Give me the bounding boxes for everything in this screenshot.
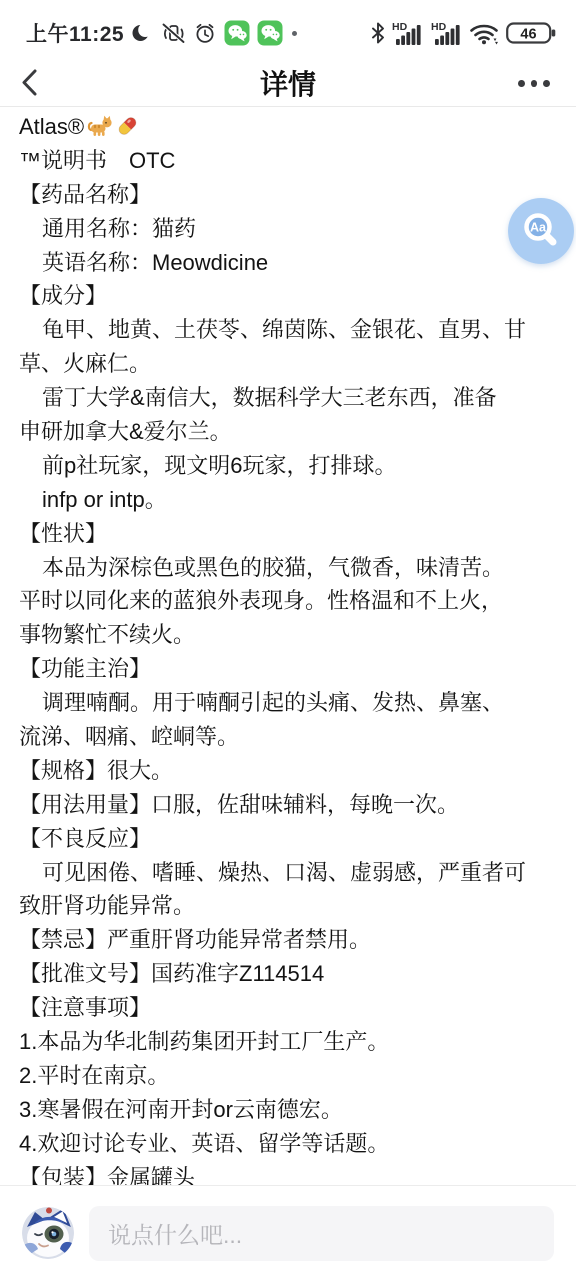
content-line-text: 【批准文号】国药准字Z114514 — [19, 961, 324, 986]
status-bar-right: HD HD 46 — [371, 20, 556, 46]
content-line: 流涕、咽痛、崆峒等。 — [19, 720, 557, 754]
svg-text:46: 46 — [520, 26, 536, 42]
content-line: 致肝肾功能异常。 — [19, 889, 557, 923]
content-line: 雷丁大学&南信大，数据科学大三老东西，准备 — [19, 381, 557, 415]
content-line: infp or intp。 — [19, 483, 557, 517]
content-line: 【批准文号】国药准字Z114514 — [19, 957, 557, 991]
comment-placeholder: 说点什么吧... — [108, 1217, 242, 1250]
content-line-text: 【药品名称】 — [19, 182, 151, 207]
content-line-text: 通用名称：猫药 — [42, 216, 196, 241]
cat-icon — [86, 114, 113, 138]
content-line-text: 【功能主治】 — [19, 656, 151, 681]
content-line: 【功能主治】 — [19, 652, 557, 686]
content-line-text: 草、火麻仁。 — [19, 351, 151, 376]
comment-input[interactable]: 说点什么吧... — [89, 1206, 554, 1261]
content-line-text: 调理喃酮。用于喃酮引起的头痛、发热、鼻塞、 — [42, 690, 504, 715]
content-line: 【规格】很大。 — [19, 754, 557, 788]
signal-icon: HD — [430, 20, 463, 46]
content-line-text: 4.欢迎讨论专业、英语、留学等话题。 — [19, 1131, 389, 1156]
content-line-text: 【不良反应】 — [19, 826, 151, 851]
comment-bar: 说点什么吧... — [0, 1185, 576, 1280]
page-title: 详情 — [0, 63, 576, 103]
magnifier-aa-icon: Aa — [519, 209, 563, 253]
content-line-text: 1.本品为华北制药集团开封工厂生产。 — [19, 1029, 389, 1054]
content-line-text: Atlas® — [19, 114, 84, 139]
content-line-text: 致肝肾功能异常。 — [19, 893, 195, 918]
content-line-text: 雷丁大学&南信大，数据科学大三老东西，准备 — [42, 385, 497, 410]
phone-screen: 上午11:25 — [0, 0, 576, 1280]
content-line: 2.平时在南京。 — [19, 1059, 557, 1093]
svg-text:HD: HD — [431, 21, 447, 33]
content-line: Atlas® — [19, 110, 557, 144]
content-line: 【性状】 — [19, 517, 557, 551]
content-line: 申研加拿大&爱尔兰。 — [19, 415, 557, 449]
svg-text:Aa: Aa — [530, 221, 547, 235]
status-bar-left: 上午11:25 — [26, 18, 297, 48]
content-line-text: 【性状】 — [19, 521, 107, 546]
detail-text: Atlas® ™说明书 OTC【药品名称】通用名称：猫药英语名称：Meowdic… — [0, 107, 576, 1195]
content-line: 前p社玩家，现文明6玩家，打排球。 — [19, 449, 557, 483]
wechat-icon — [224, 20, 250, 46]
content-line-text: 流涕、咽痛、崆峒等。 — [19, 724, 239, 749]
content-line: 【不良反应】 — [19, 822, 557, 856]
content-line-text: 2.平时在南京。 — [19, 1063, 169, 1088]
status-bar: 上午11:25 — [0, 0, 576, 60]
bluetooth-icon — [371, 22, 385, 44]
content-line: 3.寒暑假在河南开封or云南德宏。 — [19, 1093, 557, 1127]
more-dot — [543, 80, 550, 87]
avatar[interactable] — [22, 1207, 74, 1259]
moon-icon — [131, 22, 153, 44]
more-dot — [518, 80, 525, 87]
content-line: 调理喃酮。用于喃酮引起的头痛、发热、鼻塞、 — [19, 686, 557, 720]
svg-text:HD: HD — [392, 21, 408, 33]
content-line: 【成分】 — [19, 279, 557, 313]
content-line: 事物繁忙不续火。 — [19, 618, 557, 652]
content-line-text: 前p社玩家，现文明6玩家，打排球。 — [42, 453, 396, 478]
content-line: 【药品名称】 — [19, 178, 557, 212]
status-time: 上午11:25 — [26, 18, 124, 48]
content-line: ™说明书 OTC — [19, 144, 557, 178]
notification-dot — [292, 31, 297, 36]
content-line-text: 平时以同化来的蓝狼外表现身。性格温和不上火， — [19, 588, 503, 613]
signal-icon: HD — [391, 20, 424, 46]
content-line: 【注意事项】 — [19, 991, 557, 1025]
content-line-text: 【注意事项】 — [19, 995, 151, 1020]
content-line: 【用法用量】口服，佐甜味辅料，每晚一次。 — [19, 788, 557, 822]
content-line: 平时以同化来的蓝狼外表现身。性格温和不上火， — [19, 584, 557, 618]
content-line: 1.本品为华北制药集团开封工厂生产。 — [19, 1025, 557, 1059]
content-line-text: 龟甲、地黄、土茯苓、绵茵陈、金银花、直男、甘 — [42, 317, 526, 342]
content-line-text: 本品为深棕色或黑色的胶猫，气微香，味清苦。 — [42, 555, 504, 580]
content-line-text: 【成分】 — [19, 283, 107, 308]
content-line-text: 【规格】很大。 — [19, 758, 173, 783]
content-line: 龟甲、地黄、土茯苓、绵茵陈、金银花、直男、甘 — [19, 313, 557, 347]
content-line: 可见困倦、嗜睡、燥热、口渴、虚弱感，严重者可 — [19, 856, 557, 890]
content-line-text: 事物繁忙不续火。 — [19, 622, 195, 647]
vibrate-off-icon — [160, 22, 186, 44]
content-line: 通用名称：猫药 — [19, 212, 557, 246]
content-line-text: 申研加拿大&爱尔兰。 — [19, 419, 232, 444]
wifi-icon — [469, 20, 500, 46]
pill-icon — [115, 114, 140, 138]
content-line-text: infp or intp。 — [42, 487, 167, 512]
content-line: 本品为深棕色或黑色的胶猫，气微香，味清苦。 — [19, 551, 557, 585]
nav-bar: 详情 — [0, 60, 576, 107]
content-line: 【禁忌】严重肝肾功能异常者禁用。 — [19, 923, 557, 957]
wechat-icon — [257, 20, 283, 46]
content-line-text: 【用法用量】口服，佐甜味辅料，每晚一次。 — [19, 792, 459, 817]
content-line-text: 英语名称：Meowdicine — [42, 250, 268, 275]
content-line-text: 3.寒暑假在河南开封or云南德宏。 — [19, 1097, 343, 1122]
content-line: 草、火麻仁。 — [19, 347, 557, 381]
content-line: 英语名称：Meowdicine — [19, 246, 557, 280]
alarm-icon — [193, 22, 217, 44]
content-line: 4.欢迎讨论专业、英语、留学等话题。 — [19, 1127, 557, 1161]
content-line-text: ™说明书 OTC — [19, 148, 175, 173]
text-size-button[interactable]: Aa — [508, 198, 574, 264]
more-dot — [531, 80, 538, 87]
content-line-text: 【禁忌】严重肝肾功能异常者禁用。 — [19, 927, 371, 952]
content-line-text: 可见困倦、嗜睡、燥热、口渴、虚弱感，严重者可 — [42, 860, 526, 885]
avatar-image — [22, 1207, 74, 1259]
more-button[interactable] — [512, 68, 556, 98]
battery-icon: 46 — [506, 20, 556, 46]
